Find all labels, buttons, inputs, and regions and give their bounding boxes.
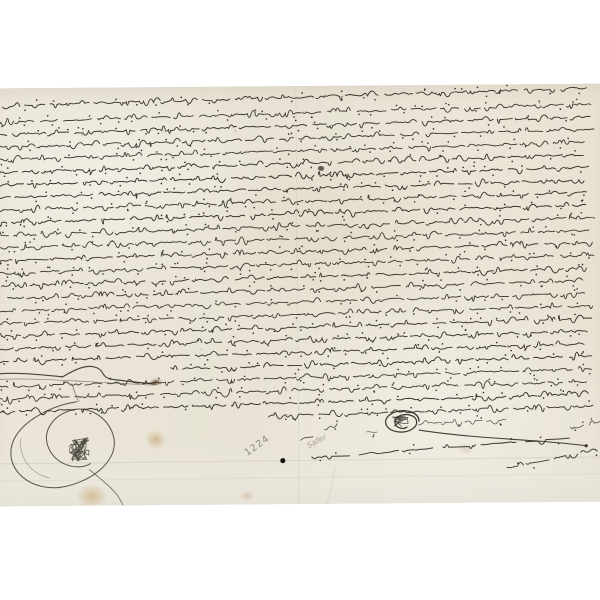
manuscript-paper: 1224 Safer xyxy=(0,84,600,507)
photo-canvas: 1224 Safer xyxy=(0,0,600,600)
signature-line-text xyxy=(312,436,570,461)
ink-speck xyxy=(461,233,463,235)
signature-note-text xyxy=(366,432,377,438)
signature-inner-scribble xyxy=(392,416,408,427)
signature-note-text xyxy=(301,437,313,440)
ink-speck xyxy=(498,120,500,122)
signature-note-text xyxy=(325,420,338,430)
signature-line-text xyxy=(507,449,597,469)
manuscript-text-line xyxy=(0,302,593,326)
manuscript-text-line xyxy=(0,341,584,366)
signature-note-text xyxy=(418,415,506,427)
paraph-flourish xyxy=(10,383,123,506)
manuscript-text-line xyxy=(0,288,585,316)
manuscript-text-line xyxy=(8,275,583,303)
ink-speck xyxy=(130,222,132,224)
signature-flourish xyxy=(386,409,588,449)
manuscript-text-line xyxy=(0,178,584,203)
manuscript-text-line xyxy=(0,252,594,278)
ink-speck xyxy=(212,282,213,283)
strikethrough-flourish xyxy=(0,366,156,387)
manuscript-text-line xyxy=(268,400,593,421)
ink-speck xyxy=(274,387,276,389)
manuscript-text-line xyxy=(0,115,590,138)
ink-speck xyxy=(234,130,236,132)
manuscript-text-line xyxy=(0,138,584,166)
ink-speck xyxy=(574,329,575,330)
manuscript-text-line xyxy=(0,125,594,151)
ink-speck xyxy=(120,145,122,147)
seal-scribble xyxy=(70,438,89,462)
ink-speck xyxy=(258,228,260,230)
signature-note-text xyxy=(570,418,600,431)
manuscript-text-line xyxy=(0,150,583,177)
manuscript-ink-layer xyxy=(0,84,600,507)
ink-speck xyxy=(559,108,560,109)
ink-speck xyxy=(201,349,203,351)
manuscript-text-line xyxy=(0,239,592,266)
manuscript-text-line xyxy=(2,84,586,111)
manuscript-text-line xyxy=(0,189,587,216)
ink-speck xyxy=(81,134,83,136)
manuscript-text-line xyxy=(0,226,589,253)
manuscript-text-line xyxy=(0,328,587,355)
ink-speck xyxy=(470,166,471,167)
ink-speck xyxy=(277,151,278,152)
ink-speck xyxy=(127,295,129,297)
manuscript-text-line xyxy=(0,364,592,392)
ink-speck xyxy=(538,102,540,104)
